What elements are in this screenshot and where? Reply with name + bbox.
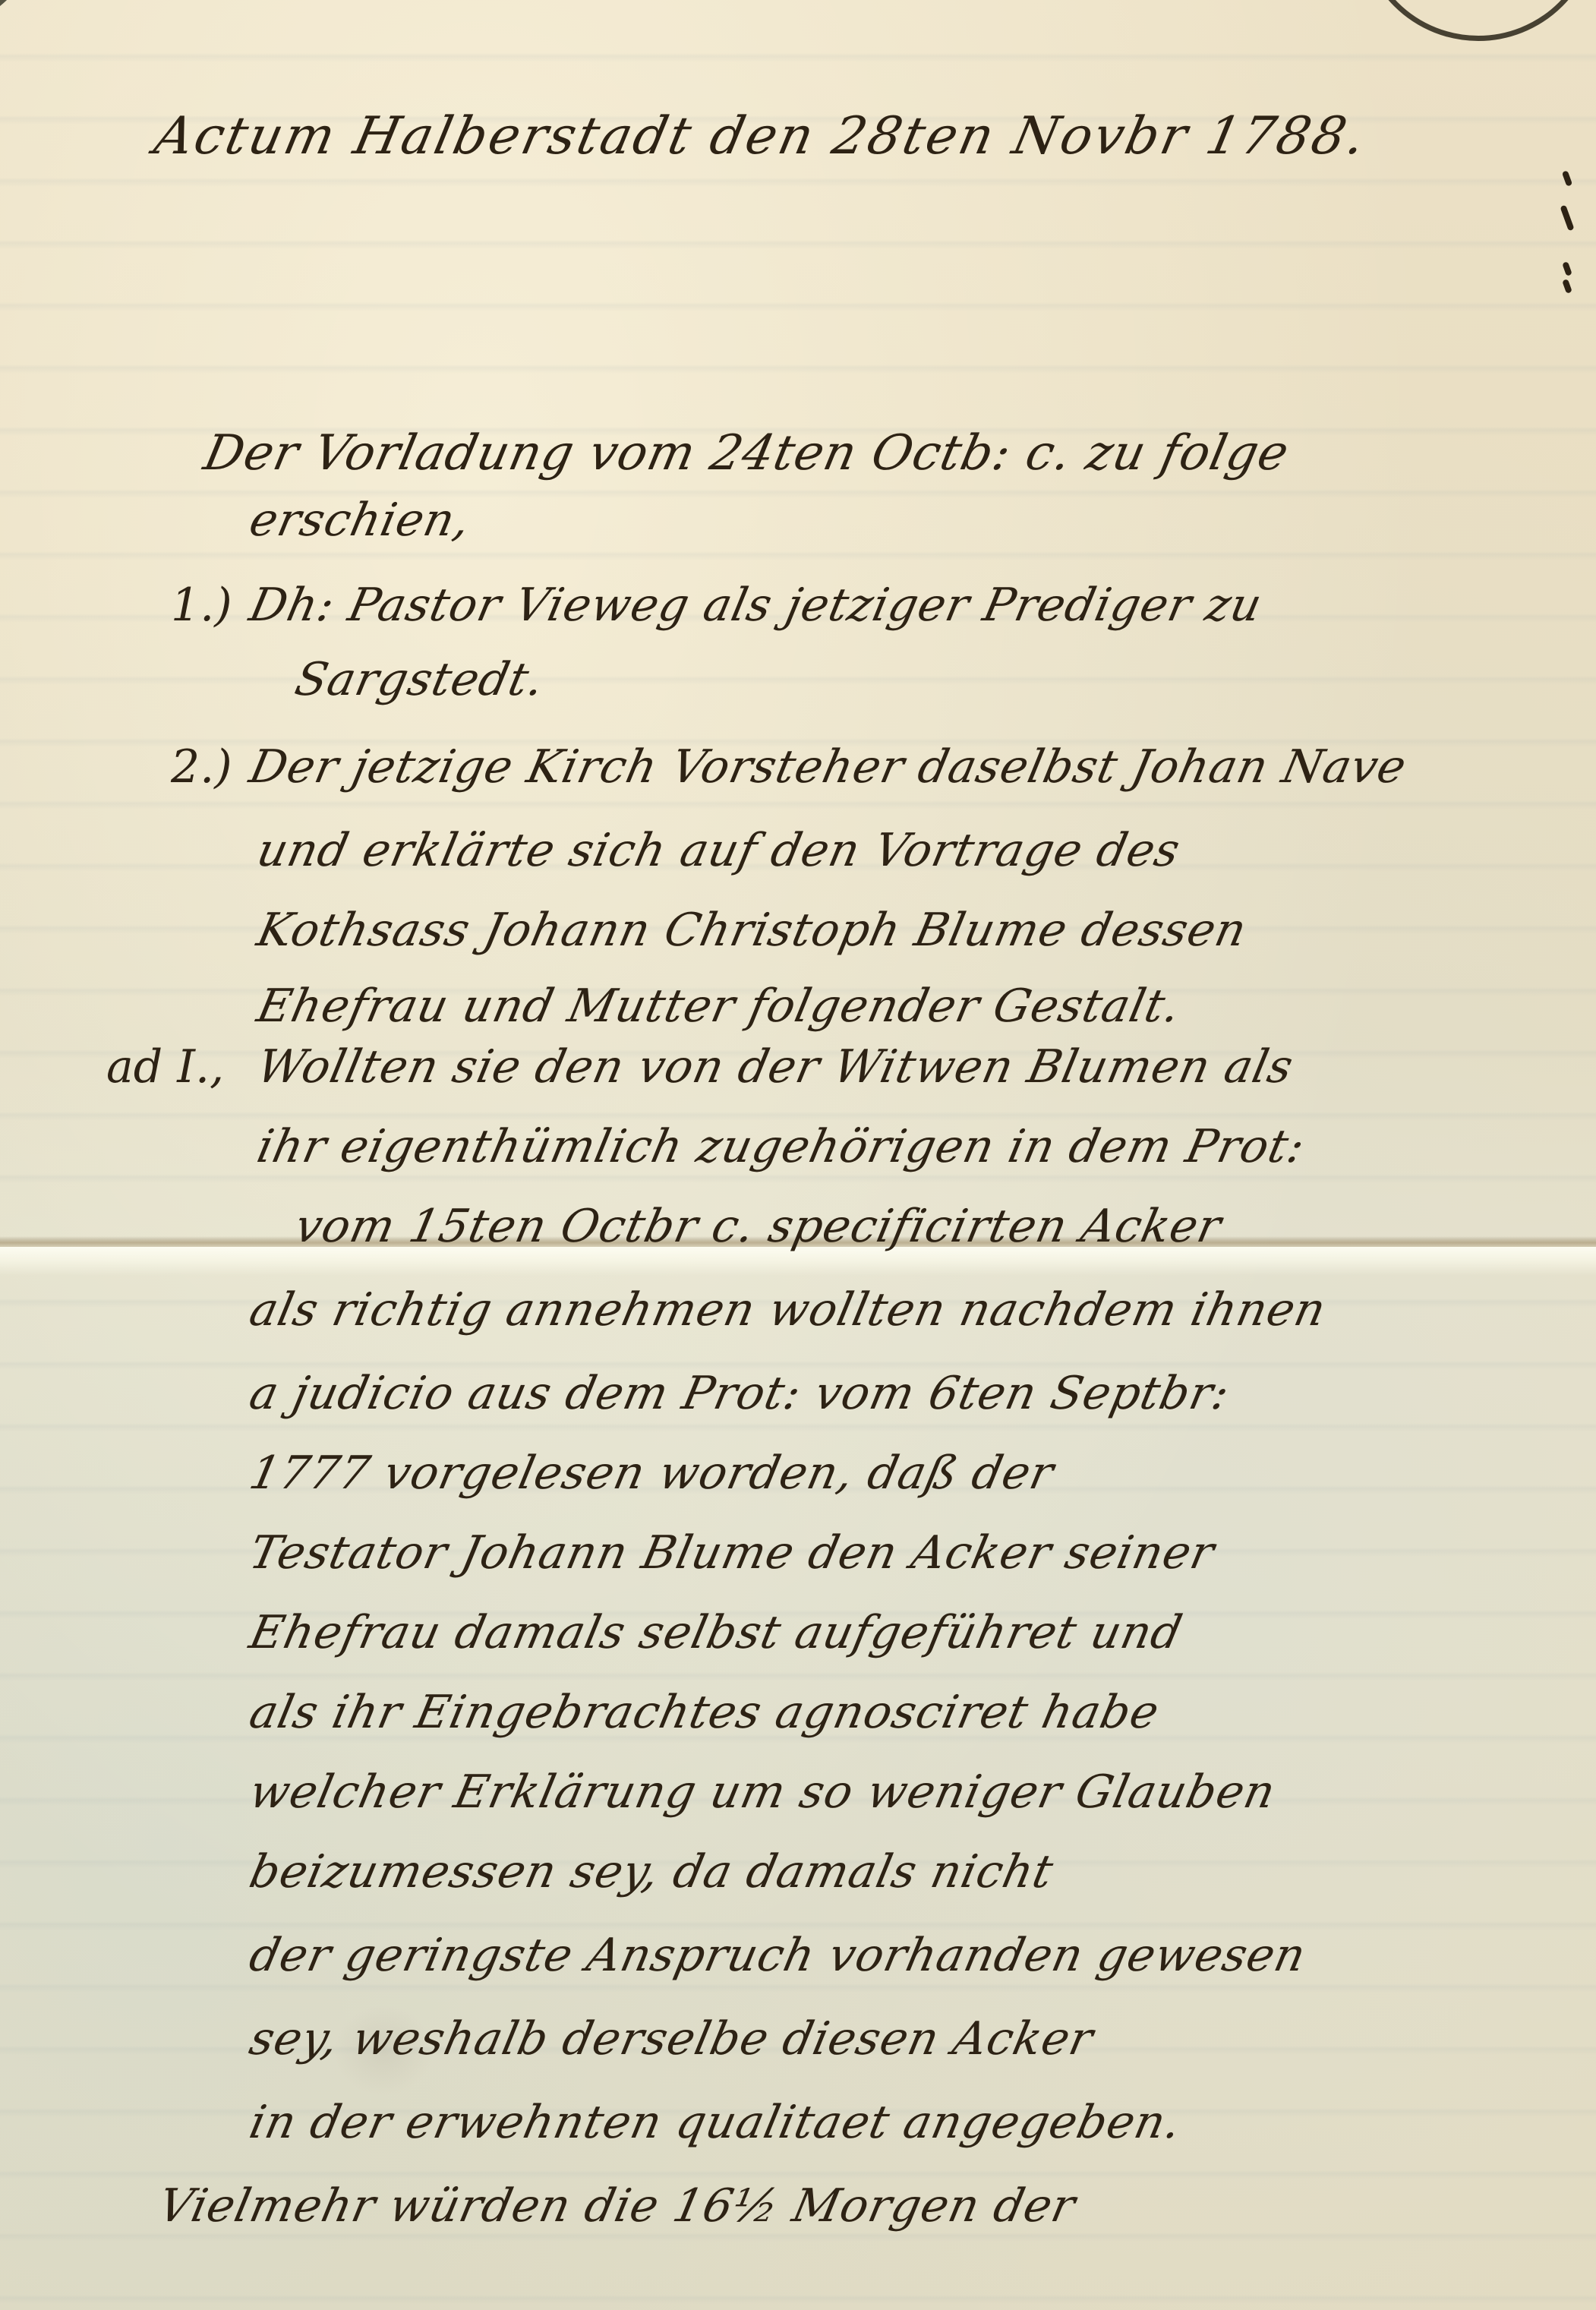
- item-2-line-1: Der jetzige Kirch Vorsteher daselbst Joh…: [245, 740, 1411, 794]
- ad-1-line-6: 1777 vorgelesen worden, daß der: [245, 1447, 1059, 1500]
- ad-1-line-15: Vielmehr würden die 16½ Morgen der: [154, 2179, 1080, 2233]
- item-2-line-2: und erklärte sich auf den Vortrage des: [253, 824, 1185, 877]
- ad-1-line-9: als ihr Eingebrachtes agnosciret habe: [245, 1686, 1165, 1739]
- section-ad-1-label: ad I.,: [106, 1040, 224, 1093]
- ad-1-line-2: ihr eigenthümlich zugehörigen in dem Pro…: [253, 1120, 1310, 1173]
- margin-pen-mark: [1560, 205, 1574, 232]
- ad-1-line-3: vom 15ten Octbr c. specificirten Acker: [291, 1200, 1227, 1253]
- ad-1-line-1: Wollten sie den von der Witwen Blumen al…: [253, 1040, 1298, 1093]
- item-2-line-4: Ehefrau und Mutter folgender Gestalt.: [253, 980, 1186, 1033]
- ad-1-line-8: Ehefrau damals selbst aufgeführet und: [245, 1606, 1188, 1659]
- item-2-line-3: Kothsass Johann Christoph Blume dessen: [253, 904, 1252, 957]
- item-1-label: 1.): [171, 579, 232, 632]
- margin-pen-mark: [1562, 170, 1572, 187]
- intro-line-2: erschien,: [245, 494, 476, 547]
- ad-1-line-7: Testator Johann Blume den Acker seiner: [245, 1526, 1219, 1579]
- ad-1-line-10: welcher Erklärung um so weniger Glauben: [245, 1766, 1281, 1819]
- ad-1-line-14: in der erwehnten qualitaet angegeben.: [245, 2096, 1187, 2149]
- ad-1-line-12: der geringste Anspruch vorhanden gewesen: [245, 1929, 1311, 1982]
- margin-pen-mark: [1562, 261, 1572, 276]
- intro-line-1: Der Vorladung vom 24ten Octb: c. zu folg…: [199, 425, 1294, 481]
- ad-1-line-4: als richtig annehmen wollten nachdem ihn…: [245, 1283, 1331, 1336]
- margin-pen-mark: [1562, 279, 1572, 294]
- ad-1-line-11: beizumessen sey, da damals nicht: [245, 1845, 1058, 1898]
- ad-1-line-13: sey, weshalb derselbe diesen Acker: [245, 2012, 1099, 2065]
- stamp-seal-icon: [1359, 0, 1596, 41]
- item-1-line-1: Dh: Pastor Vieweg als jetziger Prediger …: [245, 579, 1267, 632]
- stamp-seal-fragment-icon: [0, 0, 41, 33]
- item-1-line-2: Sargstedt.: [291, 653, 550, 706]
- document-heading: Actum Halberstadt den 28ten Novbr 1788.: [150, 106, 1373, 166]
- document-page: Actum Halberstadt den 28ten Novbr 1788. …: [0, 0, 1596, 2310]
- item-2-label: 2.): [171, 740, 232, 794]
- ad-1-line-5: a judicio aus dem Prot: vom 6ten Septbr:: [245, 1367, 1235, 1420]
